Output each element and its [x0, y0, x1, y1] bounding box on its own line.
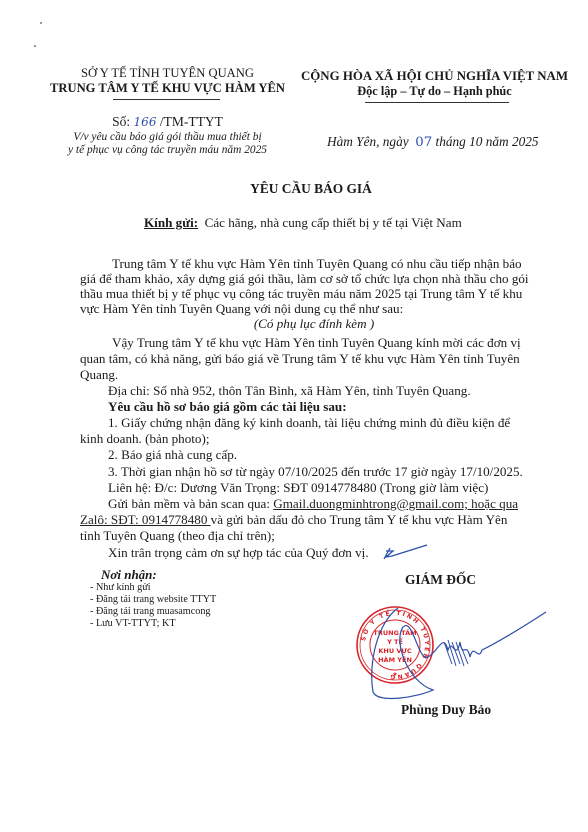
subject-line-2: y tế phục vụ công tác truyền máu năm 202…: [40, 144, 295, 156]
attachment-note: (Có phụ lục đính kèm ): [0, 316, 588, 332]
send-prefix: Gửi bản mềm và bản scan qua:: [108, 496, 273, 511]
requirement-3: 3. Thời gian nhận hồ sơ từ ngày 07/10/20…: [108, 464, 523, 480]
recipient-item: - Đăng tải trang website TTYT: [90, 594, 216, 606]
para1-first-line: Trung tâm Y tế khu vực Hàm Yên tỉnh Tuyê…: [112, 256, 522, 272]
handwritten-signature: [348, 602, 548, 707]
address-line: Địa chỉ: Số nhà 952, thôn Tân Bình, xã H…: [108, 383, 471, 399]
recipient-value: Các hãng, nhà cung cấp thiết bị y tế tại…: [205, 215, 462, 230]
subject-line-1: V/v yêu cầu báo giá gói thầu mua thiết b…: [40, 131, 295, 143]
initial-mark: [382, 542, 430, 562]
document-title: YÊU CẦU BÁO GIÁ: [0, 181, 588, 197]
date-suffix: tháng 10 năm 2025: [436, 134, 539, 149]
header-left-rule: [113, 99, 220, 100]
number-prefix: Số:: [112, 114, 130, 129]
para2-line: quan tâm, có khả năng, gửi báo giá về Tr…: [80, 351, 520, 367]
thanks-line: Xin trân trọng cảm ơn sự hợp tác của Quý…: [108, 545, 369, 561]
date-day-handwritten: 07: [415, 135, 432, 150]
recipient-label: Kính gửi:: [144, 215, 198, 230]
recipient-line: Kính gửi: Các hãng, nhà cung cấp thiết b…: [144, 215, 462, 231]
header-right-rule: [365, 102, 509, 103]
nation-motto: Độc lập – Tự do – Hạnh phúc: [292, 84, 577, 99]
requirement-1-cont: kinh doanh. (bản photo);: [80, 431, 209, 447]
issuing-agency: SỞ Y TẾ TỈNH TUYÊN QUANG: [40, 66, 295, 81]
zalo-phone-link[interactable]: Zalô: SĐT: 0914778480: [80, 512, 211, 527]
signer-title: GIÁM ĐỐC: [405, 572, 476, 588]
nation-title: CỘNG HÒA XÃ HỘI CHỦ NGHĨA VIỆT NAM: [292, 69, 577, 84]
requirement-2: 2. Báo giá nhà cung cấp.: [108, 447, 237, 463]
scan-speck: [34, 45, 36, 47]
send-line-3: tỉnh Tuyên Quang (theo địa chỉ trên);: [80, 528, 275, 544]
requirements-heading: Yêu cầu hồ sơ báo giá gồm các tài liệu s…: [108, 399, 347, 415]
para2-first-line: Vậy Trung tâm Y tế khu vực Hàm Yên tỉnh …: [112, 335, 521, 351]
para2-line: Quang.: [80, 367, 118, 383]
place-date: Hàm Yên, ngày 07 tháng 10 năm 2025: [327, 134, 539, 150]
recipients-heading: Nơi nhận:: [101, 567, 157, 583]
number-handwritten: 166: [134, 115, 157, 129]
requirement-1: 1. Giấy chứng nhận đăng ký kinh doanh, t…: [108, 415, 510, 431]
send-rest: và gửi bản dấu đỏ cho Trung tâm Y tế khu…: [211, 512, 508, 527]
recipient-item: - Lưu VT-TTYT; KT: [90, 618, 176, 630]
send-line: Gửi bản mềm và bản scan qua: Gmail.duong…: [108, 496, 518, 512]
signer-name: Phùng Duy Bảo: [401, 702, 491, 718]
para1-line: giá để tham khảo, xây dựng giá gói thầu,…: [80, 271, 529, 287]
para1-line: thầu mua thiết bị y tế phục vụ công tác …: [80, 286, 522, 302]
scan-speck: [40, 22, 42, 24]
number-suffix: /TM-TTYT: [160, 114, 223, 129]
para1-line: vực Hàm Yên tỉnh Tuyên Quang với nội dun…: [80, 301, 403, 317]
document-number: Số: 166 /TM-TTYT: [40, 114, 295, 130]
recipient-item: - Như kính gửi: [90, 582, 151, 594]
date-prefix: Hàm Yên, ngày: [327, 134, 409, 149]
send-line-2: Zalô: SĐT: 0914778480 và gửi bản dấu đỏ …: [80, 512, 507, 528]
email-link[interactable]: Gmail.duongminhtrong@gmail.com; hoặc qua: [273, 496, 518, 511]
contact-line: Liên hệ: Đ/c: Dương Văn Trọng: SĐT 09147…: [108, 480, 488, 496]
issuing-center: TRUNG TÂM Y TẾ KHU VỰC HÀM YÊN: [40, 81, 295, 96]
recipient-item: - Đăng tải trang muasamcong: [90, 606, 211, 618]
